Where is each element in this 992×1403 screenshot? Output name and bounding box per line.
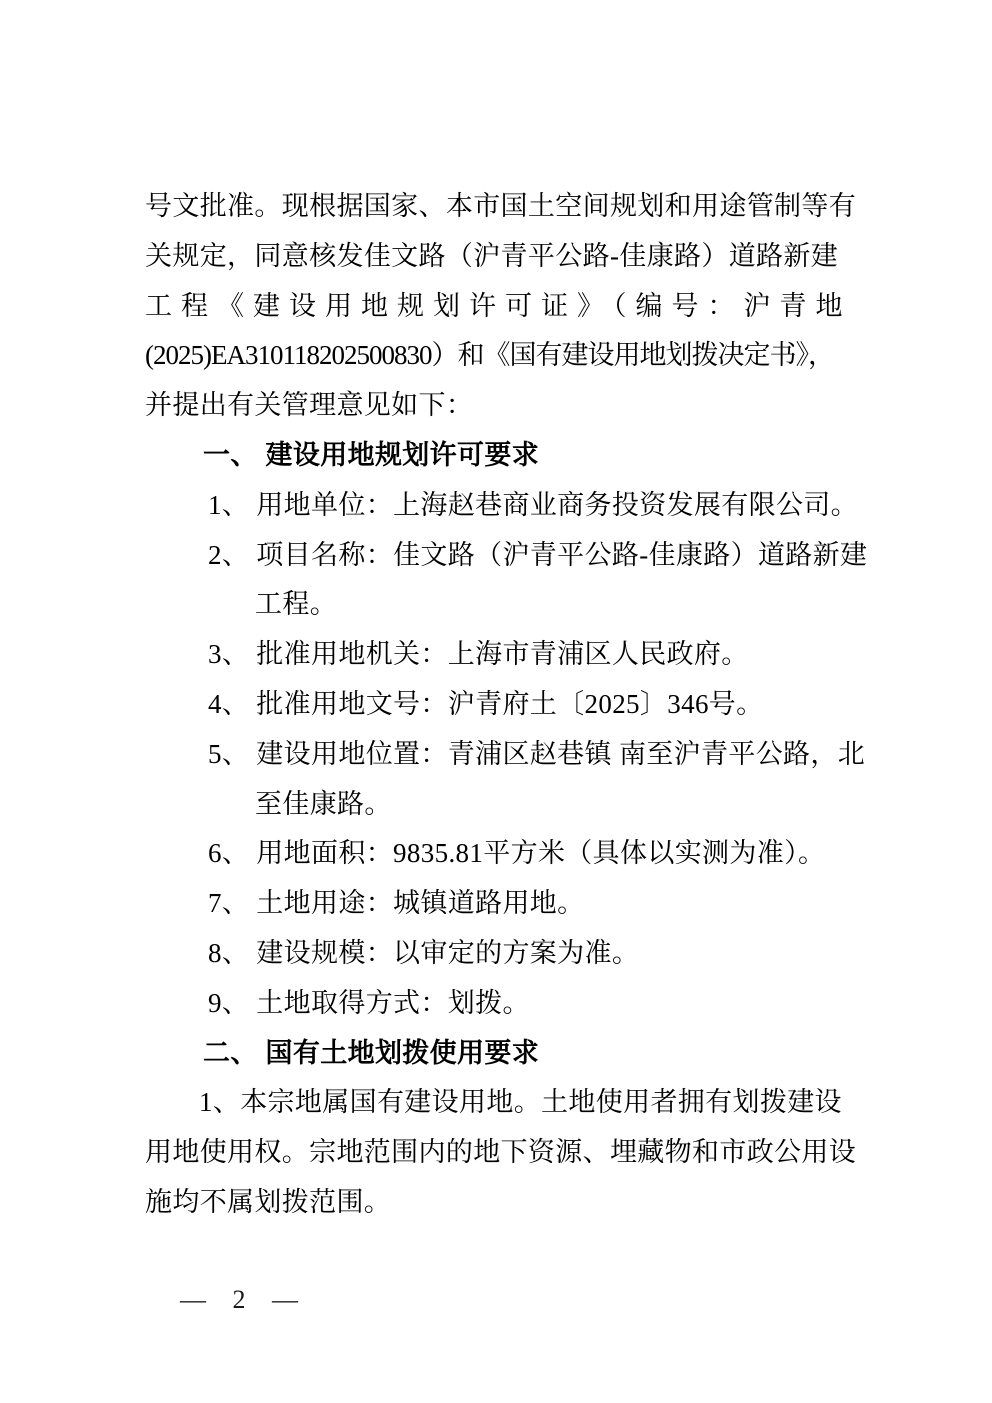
intro-line-4-permit-number: (2025)EA310118202500830）和《国有建设用地划拨决定书》， bbox=[145, 331, 862, 381]
allocation-para-line-1: 1、本宗地属国有建设用地。土地使用者拥有划拨建设 bbox=[145, 1078, 862, 1128]
heading-section-1: 一、 建设用地规划许可要求 bbox=[145, 431, 862, 481]
allocation-para-line-2: 用地使用权。宗地范围内的地下资源、埋藏物和市政公用设 bbox=[145, 1128, 862, 1178]
intro-line-5: 并提出有关管理意见如下： bbox=[145, 381, 862, 431]
page-number: — 2 — bbox=[145, 1285, 862, 1315]
document-body: 号文批准。现根据国家、本市国土空间规划和用途管制等有 关规定，同意核发佳文路（沪… bbox=[0, 0, 992, 1315]
item-project-name-continuation: 工程。 bbox=[145, 580, 862, 630]
item-land-area: 6、 用地面积：9835.81平方米（具体以实测为准）。 bbox=[145, 829, 862, 879]
intro-line-1: 号文批准。现根据国家、本市国土空间规划和用途管制等有 bbox=[145, 182, 862, 232]
document-page: 号文批准。现根据国家、本市国土空间规划和用途管制等有 关规定，同意核发佳文路（沪… bbox=[0, 0, 992, 1403]
heading-section-2: 二、 国有土地划拨使用要求 bbox=[145, 1029, 862, 1079]
intro-line-2: 关规定，同意核发佳文路（沪青平公路-佳康路）道路新建 bbox=[145, 232, 862, 282]
item-site-location: 5、 建设用地位置：青浦区赵巷镇 南至沪青平公路，北 bbox=[145, 730, 862, 780]
item-site-location-continuation: 至佳康路。 bbox=[145, 780, 862, 830]
item-approval-doc-number: 4、 批准用地文号：沪青府土〔2025〕346号。 bbox=[145, 680, 862, 730]
item-project-name: 2、 项目名称：佳文路（沪青平公路-佳康路）道路新建 bbox=[145, 531, 862, 581]
intro-line-3-permit-title: 工程《建设用地规划许可证》（编号：沪青地 bbox=[145, 282, 862, 332]
allocation-para-line-3: 施均不属划拨范围。 bbox=[145, 1178, 862, 1228]
item-approval-authority: 3、 批准用地机关：上海市青浦区人民政府。 bbox=[145, 630, 862, 680]
item-land-user: 1、 用地单位：上海赵巷商业商务投资发展有限公司。 bbox=[145, 481, 862, 531]
item-land-use: 7、 土地用途：城镇道路用地。 bbox=[145, 879, 862, 929]
item-construction-scale: 8、 建设规模：以审定的方案为准。 bbox=[145, 929, 862, 979]
item-land-acquisition-method: 9、 土地取得方式：划拨。 bbox=[145, 979, 862, 1029]
